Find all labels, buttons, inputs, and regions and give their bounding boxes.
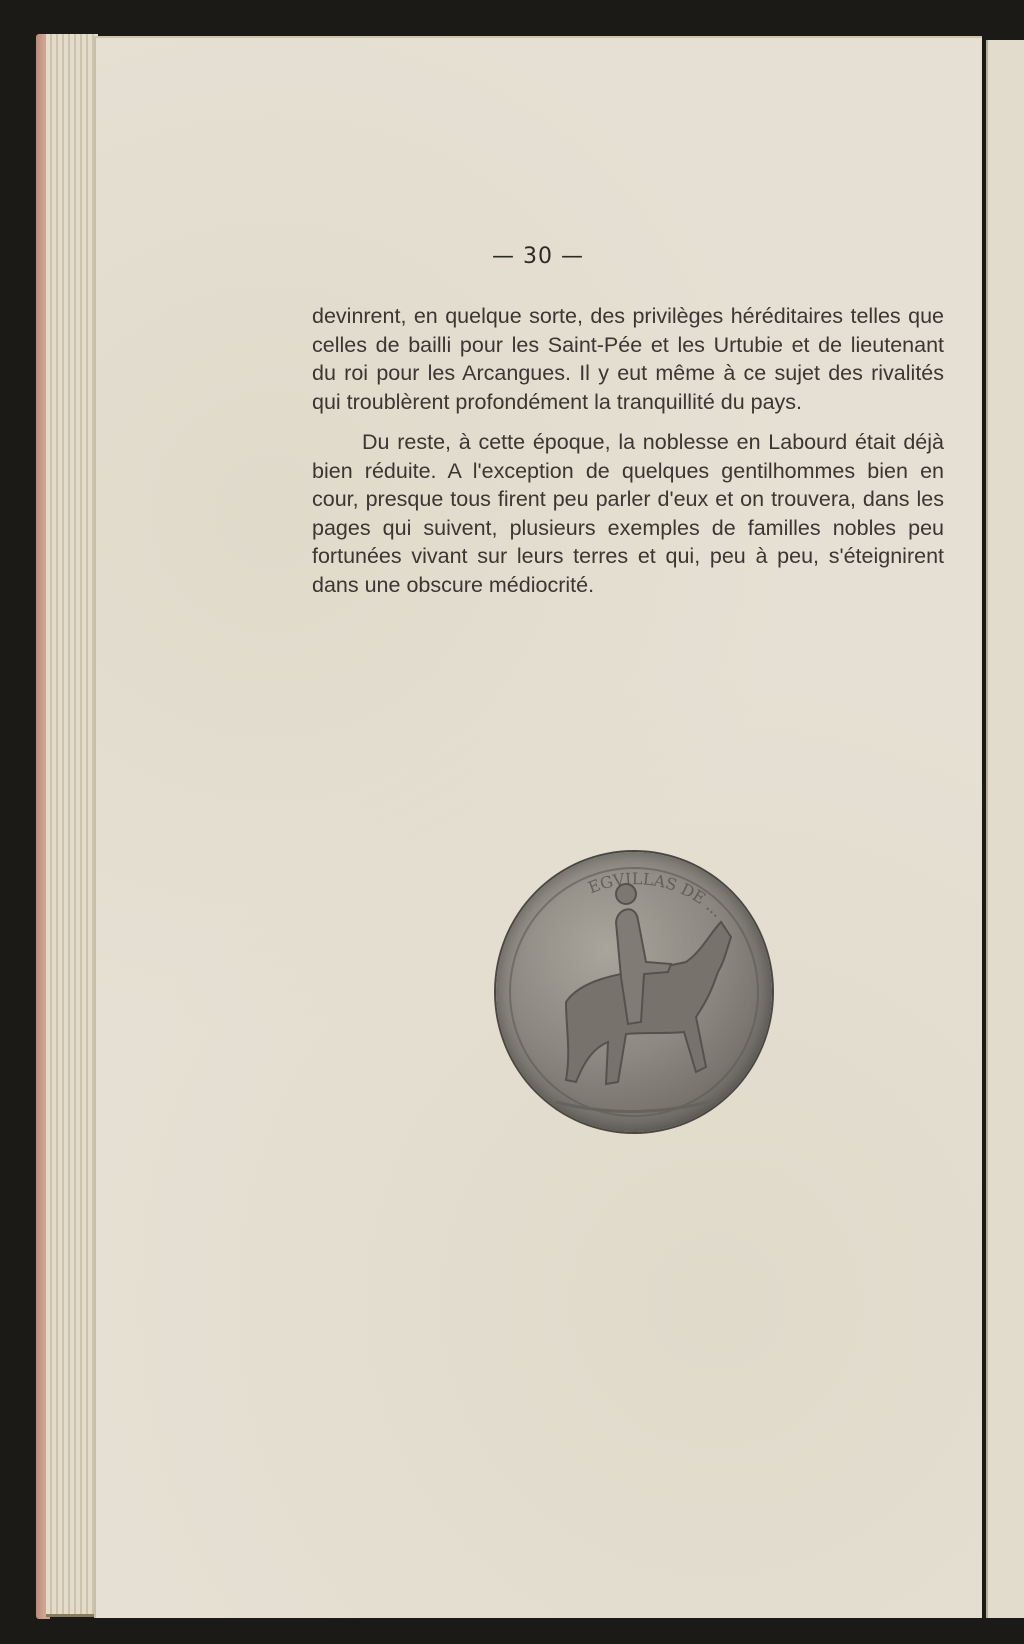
body-text: devinrent, en quelque sorte, des privilè… <box>312 302 944 599</box>
book: — 30 — devinrent, en quelque sorte, des … <box>36 30 1024 1620</box>
page-number: — 30 — <box>94 244 982 269</box>
page-stack-edge <box>46 34 98 1617</box>
horseman-icon: EGVILLAS DE ... <box>496 852 772 1132</box>
equestrian-medal-illustration: EGVILLAS DE ... <box>496 852 772 1132</box>
svg-text:EGVILLAS DE ...: EGVILLAS DE ... <box>585 869 727 921</box>
paragraph-1: devinrent, en quelque sorte, des privilè… <box>312 302 944 416</box>
book-page: — 30 — devinrent, en quelque sorte, des … <box>94 36 982 1618</box>
facing-page-edge <box>986 40 1024 1618</box>
paragraph-2: Du reste, à cette époque, la noblesse en… <box>312 428 944 599</box>
